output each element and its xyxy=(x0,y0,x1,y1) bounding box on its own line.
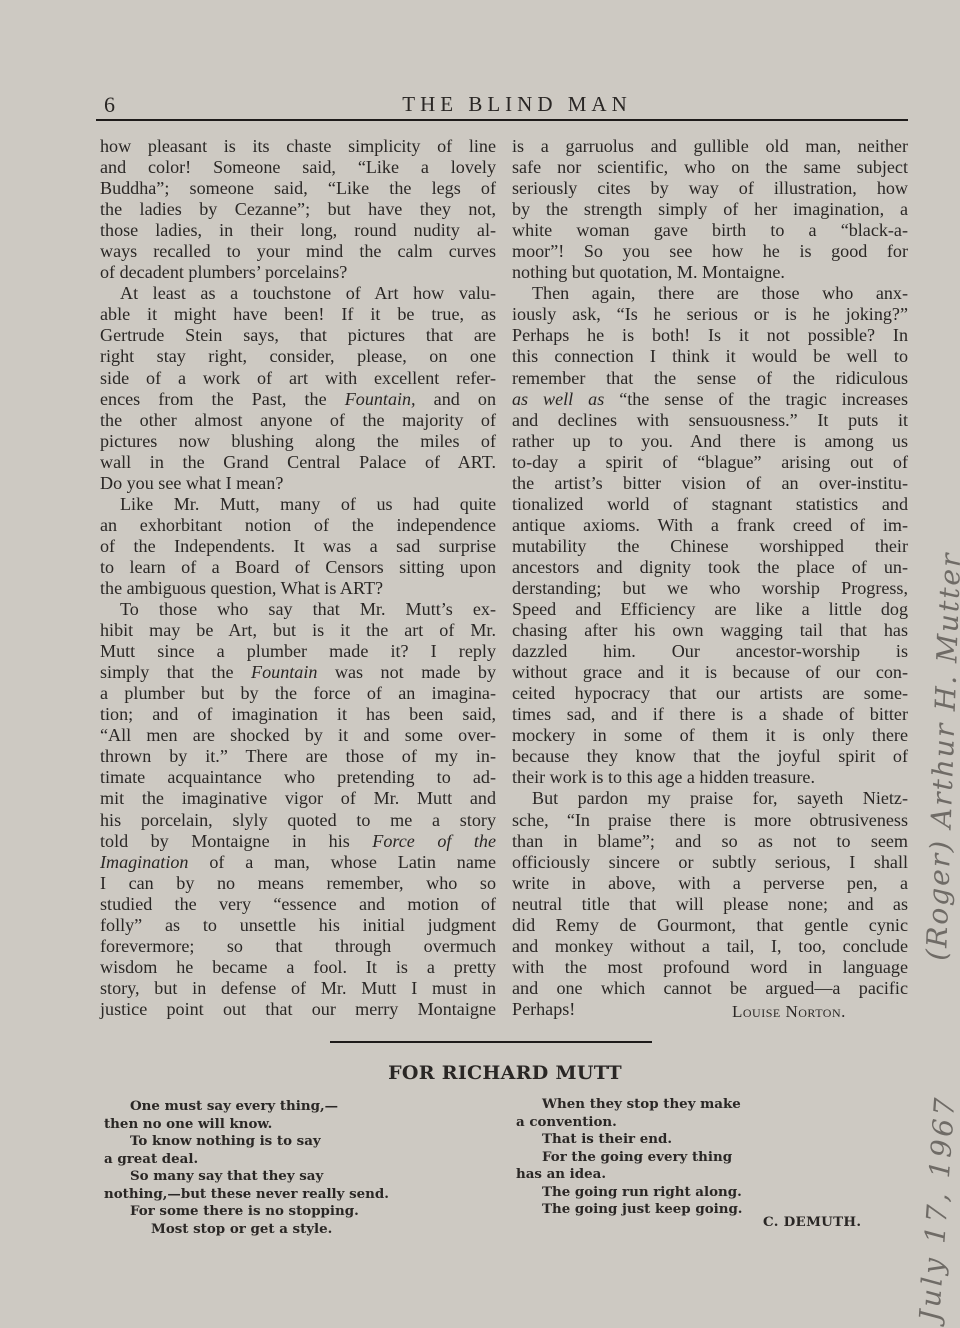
poem-title: FOR RICHARD MUTT xyxy=(0,1062,960,1084)
text-line: write in above, with a perverse pen, a xyxy=(512,873,908,894)
poem-line: Most stop or get a style. xyxy=(104,1221,389,1239)
text-line: To those who say that Mr. Mutt’s ex- xyxy=(100,599,496,620)
section-divider xyxy=(330,1041,652,1043)
page-header: 6 THE BLIND MAN xyxy=(96,92,908,120)
italic-title: Force of the xyxy=(372,831,496,851)
article-right-column: is a garruolus and gullible old man, nei… xyxy=(512,136,908,1020)
text-line: ences from the Past, the Fountain, and o… xyxy=(100,389,496,410)
text-line: the ambiguous question, What is ART? xyxy=(100,578,496,599)
text-line: tion; and of imagination it has been sai… xyxy=(100,704,496,725)
header-rule xyxy=(96,119,908,121)
signature-row: Perhaps!Louise Norton. xyxy=(512,999,908,1020)
text-line: studied the very “essence and motion of xyxy=(100,894,496,915)
text-line: and one which cannot be argued—a pacific xyxy=(512,978,908,999)
text-line: with the most profound word in language xyxy=(512,957,908,978)
poem-line: That is their end. xyxy=(516,1131,742,1149)
poem-line: The going run right along. xyxy=(516,1184,742,1202)
italic-title: Imagination xyxy=(100,852,188,872)
text-line: Then again, there are those who anx- xyxy=(512,283,908,304)
text-line: how pleasant is its chaste simplicity of… xyxy=(100,136,496,157)
poem-line: has an idea. xyxy=(516,1166,742,1184)
text-line: the artist’s bitter vision of an over-in… xyxy=(512,473,908,494)
text-line: neutral title that will please none; and… xyxy=(512,894,908,915)
text-line: Imagination of a man, whose Latin name xyxy=(100,852,496,873)
poem-line: then no one will know. xyxy=(104,1116,389,1134)
text-line: and color! Someone said, “Like a lovely xyxy=(100,157,496,178)
text-line: hibit may be Art, but is it the art of M… xyxy=(100,620,496,641)
article-author: Louise Norton. xyxy=(732,1001,846,1022)
poem-line: For some there is no stopping. xyxy=(104,1203,389,1221)
text-line: moor”! So you see how he is good for xyxy=(512,241,908,262)
text-line: mit the imaginative vigor of Mr. Mutt an… xyxy=(100,788,496,809)
text-line: side of a work of art with excellent ref… xyxy=(100,368,496,389)
handwritten-margin-name: (Roger) Arthur H. Mutter xyxy=(920,551,960,961)
text-line: wisdom he became a fool. It is a pretty xyxy=(100,957,496,978)
closing-word: Perhaps! xyxy=(512,999,575,1020)
text-line: justice point out that our merry Montaig… xyxy=(100,999,496,1020)
text-line: pictures now blushing along the miles of xyxy=(100,431,496,452)
text-line: chasing after his own wagging tail that … xyxy=(512,620,908,641)
italic-title: as well as xyxy=(512,389,604,409)
poem-line: For the going every thing xyxy=(516,1149,742,1167)
text-line: dazzled him. Our ancestor-worship is xyxy=(512,641,908,662)
text-line: mockery in some of them it is only there xyxy=(512,725,908,746)
text-line: because they know that the joyful spirit… xyxy=(512,746,908,767)
text-line: officiously sincere or subtly serious, I… xyxy=(512,852,908,873)
text-line: Like Mr. Mutt, many of us had quite xyxy=(100,494,496,515)
text-line: Gertrude Stein says, that pictures that … xyxy=(100,325,496,346)
text-line: “All men are shocked by it and some over… xyxy=(100,725,496,746)
text-line: timate acquaintance who pretending to ad… xyxy=(100,767,496,788)
magazine-page: 6 THE BLIND MAN how pleasant is its chas… xyxy=(0,0,960,1328)
text-line: ancestors and dignity took the place of … xyxy=(512,557,908,578)
text-line: of decadent plumbers’ porcelains? xyxy=(100,262,496,283)
text-line: safe nor scientific, who on the same sub… xyxy=(512,157,908,178)
text-line: and monkey without a tail, I, too, concl… xyxy=(512,936,908,957)
text-line: remember that the sense of the ridiculou… xyxy=(512,368,908,389)
text-line: this connection I think it would be well… xyxy=(512,346,908,367)
text-line: an exhorbitant notion of the independenc… xyxy=(100,515,496,536)
text-line: Do you see what I mean? xyxy=(100,473,496,494)
text-line: Buddha”; someone said, “Like the legs of xyxy=(100,178,496,199)
text-line: nothing but quotation, M. Montaigne. xyxy=(512,262,908,283)
text-line: rather up to you. And there is among us xyxy=(512,431,908,452)
text-line: than in blame”; and so as not to seem xyxy=(512,831,908,852)
text-line: to learn of a Board of Censors sitting u… xyxy=(100,557,496,578)
text-line: Mutt since a plumber made it? I reply xyxy=(100,641,496,662)
text-line: iously ask, “Is he serious or is he joki… xyxy=(512,304,908,325)
text-line: forevermore; so that through overmuch xyxy=(100,936,496,957)
text-line: derstanding; but we who worship Progress… xyxy=(512,578,908,599)
poem-line: One must say every thing,— xyxy=(104,1098,389,1116)
text-line: white woman gave birth to a “black-a- xyxy=(512,220,908,241)
poem-right-stanza: When they stop they makea convention.Tha… xyxy=(516,1096,742,1219)
text-line: by the strength simply of her imaginatio… xyxy=(512,199,908,220)
text-line: of the Independents. It was a sad surpri… xyxy=(100,536,496,557)
text-line: without grace and it is because of our c… xyxy=(512,662,908,683)
poem-line: So many say that they say xyxy=(104,1168,389,1186)
text-line: But pardon my praise for, sayeth Nietz- xyxy=(512,788,908,809)
running-title: THE BLIND MAN xyxy=(96,92,908,117)
text-line: times sad, and if there is a shade of bi… xyxy=(512,704,908,725)
text-line: is a garruolus and gullible old man, nei… xyxy=(512,136,908,157)
text-line: mutability the Chinese worshipped their xyxy=(512,536,908,557)
text-line: ways recalled to your mind the calm curv… xyxy=(100,241,496,262)
text-line: to-day a spirit of “blague” arising out … xyxy=(512,452,908,473)
italic-title: Fountain, xyxy=(345,389,416,409)
text-line: sche, “In praise there is more obtrusive… xyxy=(512,810,908,831)
poem-line: a great deal. xyxy=(104,1151,389,1169)
text-line: simply that the Fountain was not made by xyxy=(100,662,496,683)
text-line: and declines with sensuousness.” It puts… xyxy=(512,410,908,431)
handwritten-margin-date: July 17, 1967 xyxy=(913,1094,960,1322)
poem-left-stanza: One must say every thing,—then no one wi… xyxy=(104,1098,389,1238)
text-line: told by Montaigne in his Force of the xyxy=(100,831,496,852)
text-line: his porcelain, slyly quoted to me a stor… xyxy=(100,810,496,831)
text-line: story, but in defense of Mr. Mutt I must… xyxy=(100,978,496,999)
text-line: able it might have been! If it be true, … xyxy=(100,304,496,325)
text-line: I can by no means remember, who so xyxy=(100,873,496,894)
poem-line: The going just keep going. xyxy=(516,1201,742,1219)
poem-author: C. DEMUTH. xyxy=(763,1214,861,1230)
text-line: the other almost anyone of the majority … xyxy=(100,410,496,431)
italic-title: Fountain xyxy=(251,662,317,682)
text-line: those ladies, in their long, round nudit… xyxy=(100,220,496,241)
text-line: At least as a touchstone of Art how valu… xyxy=(100,283,496,304)
text-line: folly” as to unsettle his initial judgme… xyxy=(100,915,496,936)
text-line: seriously cites by way of illustration, … xyxy=(512,178,908,199)
text-line: a plumber but by the force of an imagina… xyxy=(100,683,496,704)
text-line: their work is to this age a hidden treas… xyxy=(512,767,908,788)
text-line: Perhaps he is both! Is it not possible? … xyxy=(512,325,908,346)
text-line: ceited hypocracy that our artists are so… xyxy=(512,683,908,704)
poem-line: When they stop they make xyxy=(516,1096,742,1114)
text-line: antique axioms. With a frank creed of im… xyxy=(512,515,908,536)
text-line: Speed and Efficiency are like a little d… xyxy=(512,599,908,620)
poem-line: a convention. xyxy=(516,1114,742,1132)
article-left-column: how pleasant is its chaste simplicity of… xyxy=(100,136,496,1020)
poem-line: nothing,—but these never really send. xyxy=(104,1186,389,1204)
text-line: the ladies by Cezanne”; but have they no… xyxy=(100,199,496,220)
poem-line: To know nothing is to say xyxy=(104,1133,389,1151)
text-line: as well as “the sense of the tragic incr… xyxy=(512,389,908,410)
text-line: did Remy de Gourmont, that gentle cynic xyxy=(512,915,908,936)
text-line: right stay right, consider, please, on o… xyxy=(100,346,496,367)
text-line: tionalized world of stagnant statistics … xyxy=(512,494,908,515)
text-line: wall in the Grand Central Palace of ART. xyxy=(100,452,496,473)
text-line: thrown by it.” There are those of my in- xyxy=(100,746,496,767)
